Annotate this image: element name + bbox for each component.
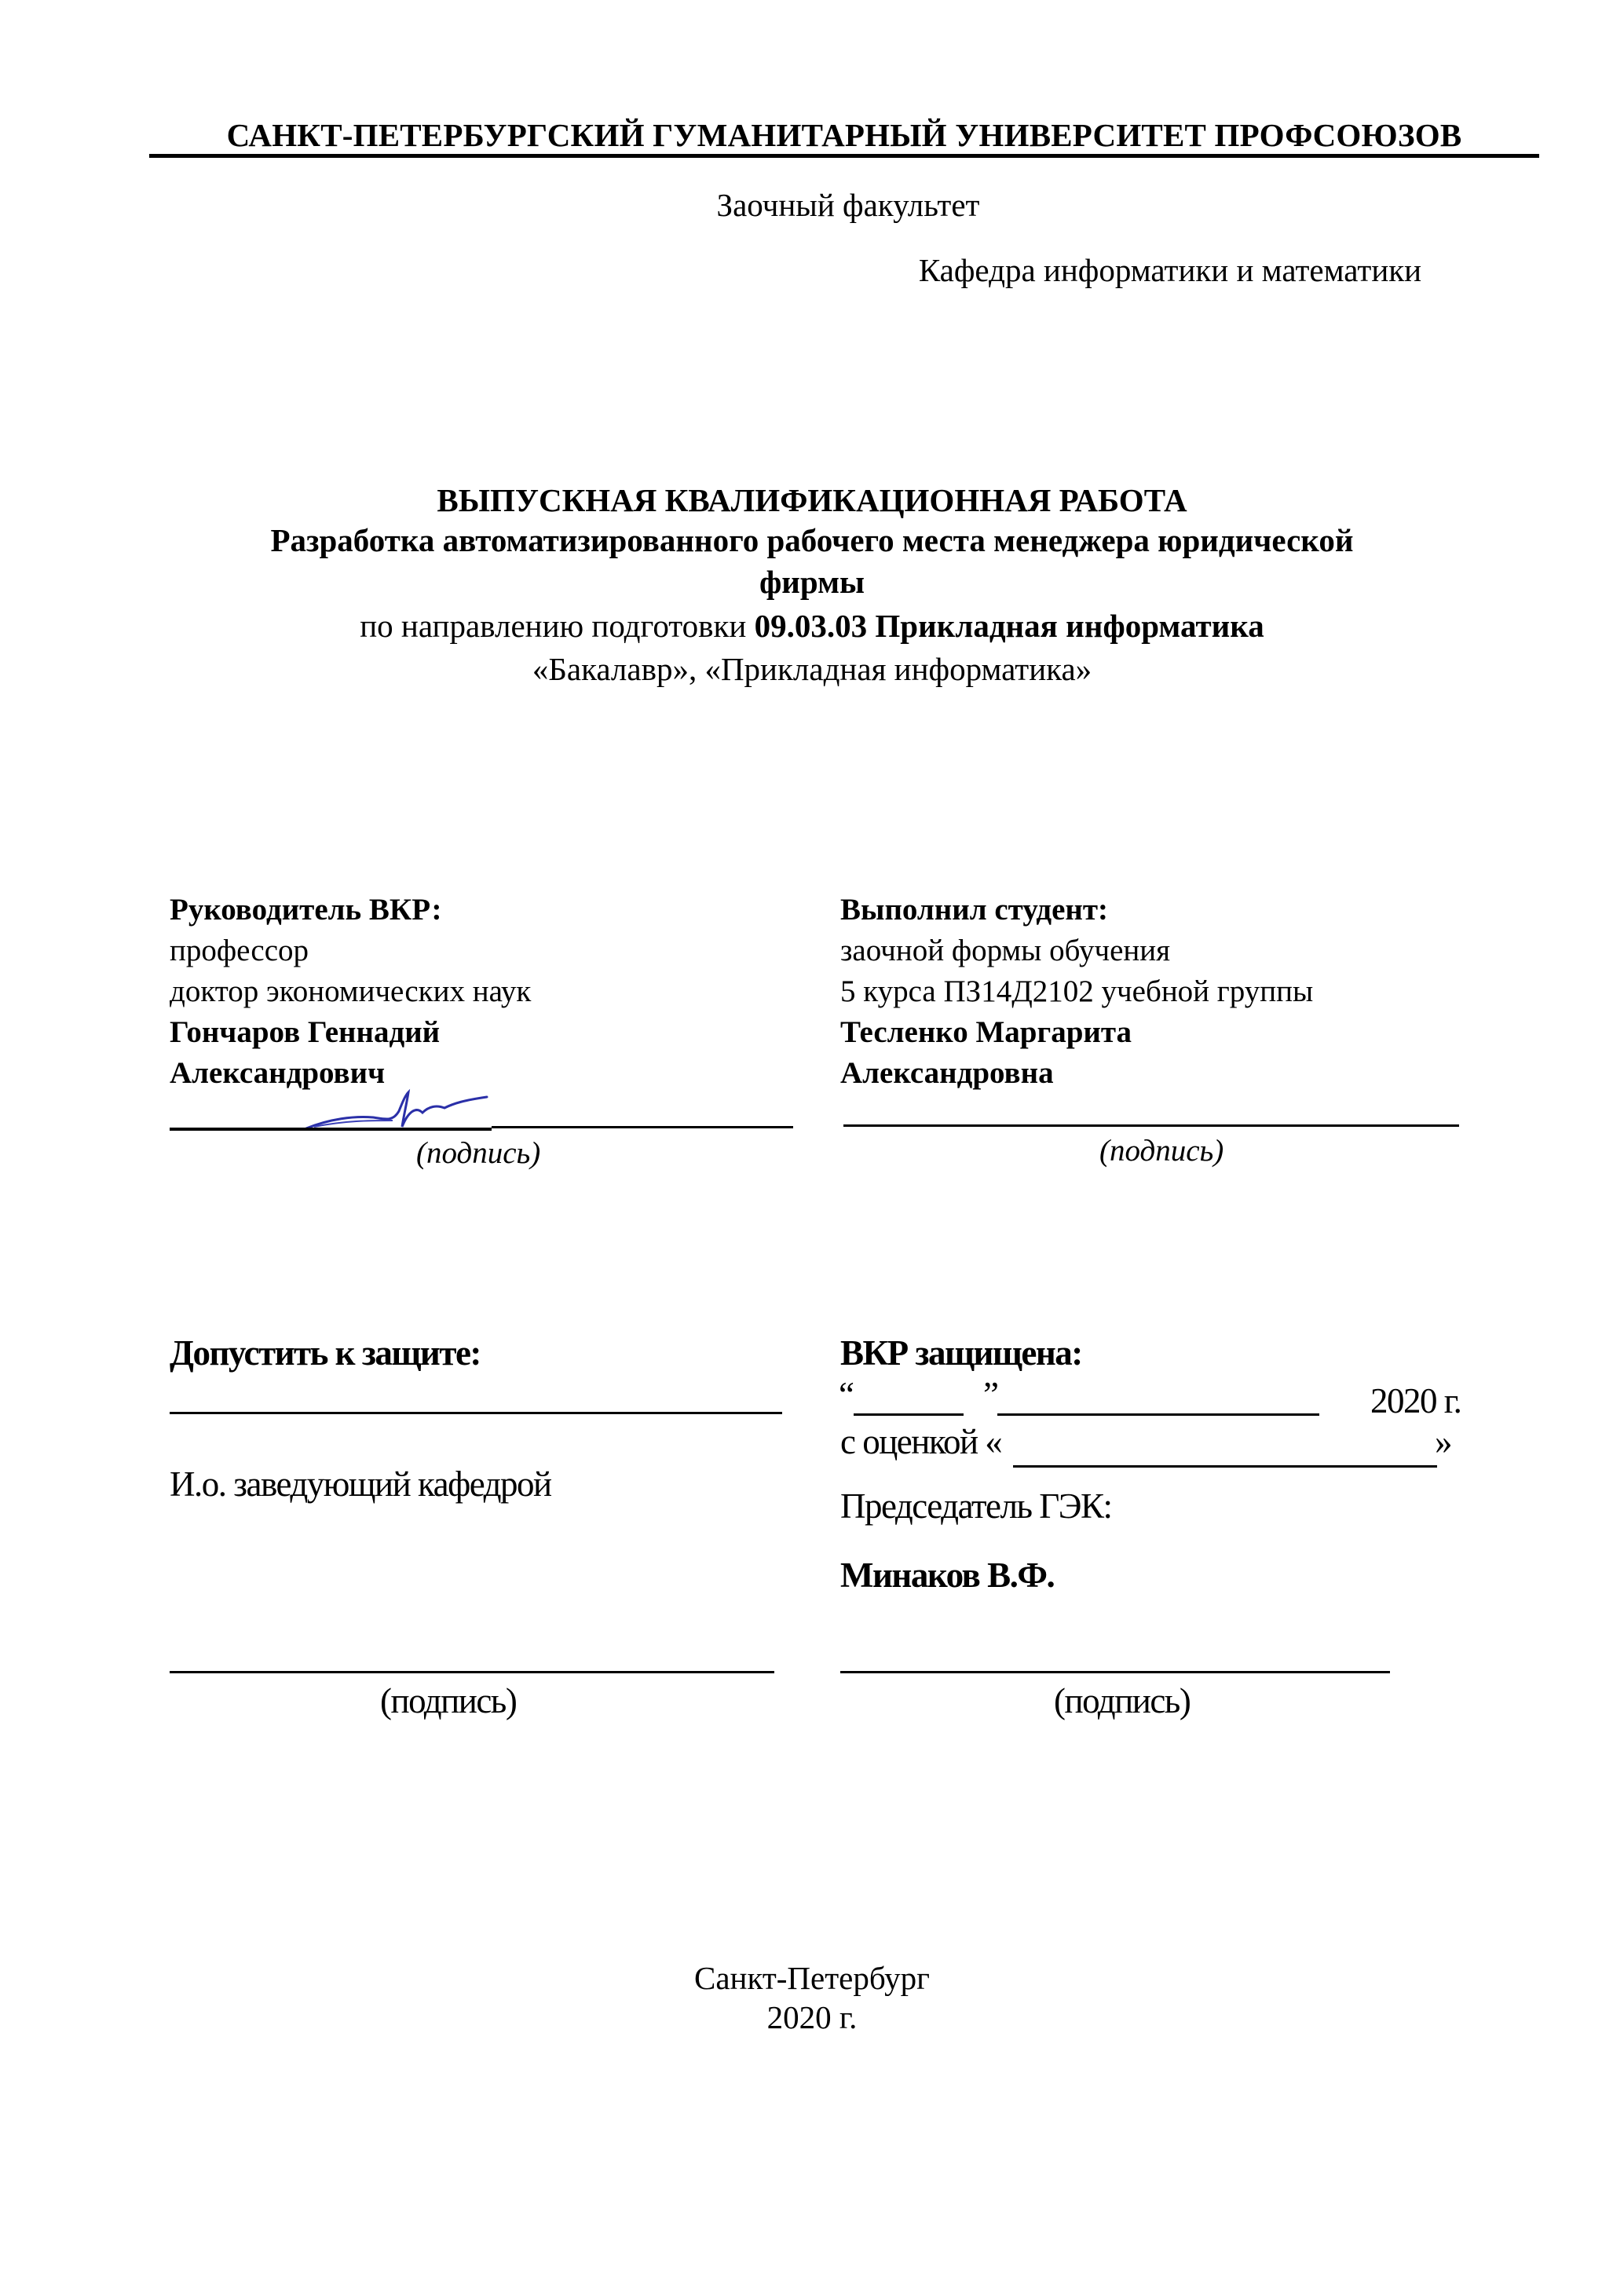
supervisor-name-line-2: Александрович (170, 1055, 385, 1091)
footer-year: 2020 г. (0, 1998, 1624, 2036)
degree-line: «Бакалавр», «Прикладная информатика» (0, 650, 1624, 688)
work-type-heading: ВЫПУСКНАЯ КВАЛИФИКАЦИОННАЯ РАБОТА (0, 481, 1624, 519)
student-study-form: заочной формы обучения (840, 933, 1170, 968)
university-name: САНКТ-ПЕТЕРБУРГСКИЙ ГУМАНИТАРНЫЙ УНИВЕРС… (149, 116, 1539, 154)
student-signature-caption: (подпись) (1099, 1133, 1223, 1168)
admission-signature-line (170, 1671, 774, 1673)
student-course-group: 5 курса ПЗ14Д2102 учебной группы (840, 974, 1313, 1009)
supervisor-heading: Руководитель ВКР: (170, 892, 441, 927)
direction-code: 09.03.03 Прикладная информатика (755, 608, 1264, 644)
supervisor-signature-line (170, 1128, 492, 1131)
defense-grade-field (1013, 1465, 1437, 1468)
supervisor-signature-line-ext (492, 1126, 793, 1128)
direction-prefix: по направлению подготовки (360, 608, 754, 644)
student-name-line-1: Тесленко Маргарита (840, 1015, 1132, 1050)
student-name-line-2: Александровна (840, 1055, 1054, 1091)
defense-date-close-quote: ” (983, 1374, 997, 1415)
thesis-title-line-2: фирмы (0, 563, 1624, 601)
admission-signature-caption: (подпись) (380, 1680, 516, 1721)
admission-role: И.о. заведующий кафедрой (170, 1464, 551, 1504)
gek-chair-label: Председатель ГЭК: (840, 1486, 1112, 1526)
gek-signature-line (840, 1671, 1390, 1673)
defense-day-field (854, 1413, 964, 1416)
study-direction: по направлению подготовки 09.03.03 Прикл… (0, 607, 1624, 645)
department-name: Кафедра информатики и математики (864, 251, 1476, 289)
supervisor-degree: доктор экономических наук (170, 974, 531, 1009)
supervisor-position: профессор (170, 933, 309, 968)
defense-month-field (997, 1413, 1319, 1416)
student-heading: Выполнил студент: (840, 892, 1108, 927)
thesis-title-line-1: Разработка автоматизированного рабочего … (0, 521, 1624, 559)
gek-signature-caption: (подпись) (1054, 1680, 1190, 1721)
defense-year: 2020 г. (1370, 1380, 1461, 1421)
supervisor-signature-caption: (подпись) (416, 1135, 540, 1171)
supervisor-name-line-1: Гончаров Геннадий (170, 1015, 440, 1050)
student-signature-line (843, 1124, 1459, 1127)
admission-heading: Допустить к защите: (170, 1333, 481, 1373)
gek-chair-name: Минаков В.Ф. (840, 1555, 1054, 1596)
defense-date-open-quote: “ (839, 1374, 853, 1415)
faculty-name: Заочный факультет (613, 186, 1084, 224)
header-rule (149, 154, 1539, 158)
defense-grade-suffix: » (1435, 1421, 1451, 1462)
footer-city: Санкт-Петербург (0, 1959, 1624, 1997)
defense-grade-prefix: с оценкой « (840, 1421, 1001, 1462)
admission-line (170, 1412, 782, 1414)
defense-heading: ВКР защищена: (840, 1333, 1082, 1373)
